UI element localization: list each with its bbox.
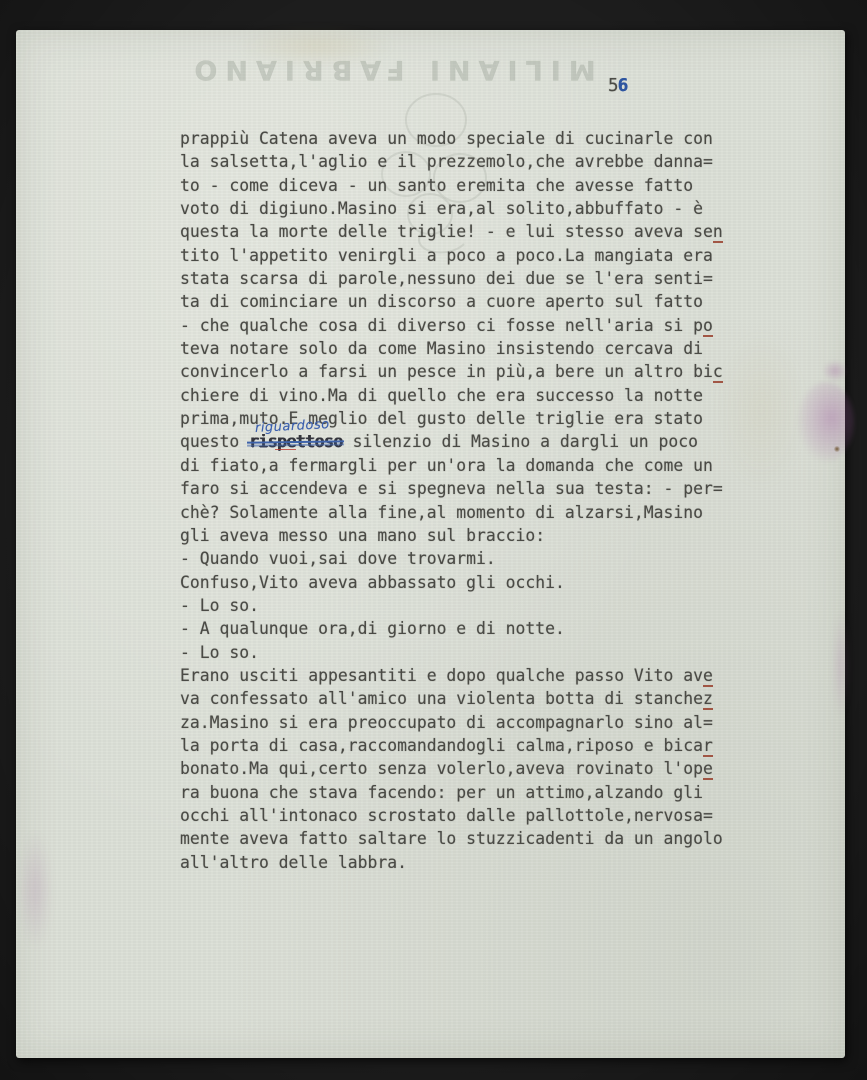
typed-text: bonato.Ma qui,certo senza volerlo,aveva … [180, 759, 703, 778]
typed-line: - che qualche cosa di diverso ci fosse n… [180, 314, 760, 337]
typed-line: questo rispettosoriguardoso silenzio di … [180, 430, 760, 453]
page-number-blue-correction: 6 [618, 76, 630, 96]
typed-text: all'altro delle labbra. [180, 853, 407, 872]
typed-text: la porta di casa,raccomandandogli calma,… [180, 736, 703, 755]
typed-line: teva notare solo da come Masino insisten… [180, 337, 760, 360]
typed-line: ta di cominciare un discorso a cuore ape… [180, 290, 760, 313]
typed-text: voto di digiuno.Masino si era,al solito,… [180, 199, 703, 218]
typed-line: tito l'appetito venirgli a poco a poco.L… [180, 244, 760, 267]
typed-line: va confessato all'amico una violenta bot… [180, 687, 760, 710]
typed-text: - A qualunque ora,di giorno e di notte. [180, 619, 565, 638]
typed-line: stata scarsa di parole,nessuno dei due s… [180, 267, 760, 290]
typed-text: - che qualche cosa di diverso ci fosse n… [180, 316, 703, 335]
typed-line: occhi all'intonaco scrostato dalle pallo… [180, 804, 760, 827]
typed-line: to - come diceva - un santo eremita che … [180, 174, 760, 197]
typed-text: e [703, 666, 713, 687]
typed-text: la salsetta,l'aglio e il prezzemolo,che … [180, 152, 713, 171]
typed-text: za.Masino si era preoccupato di accompag… [180, 713, 713, 732]
typed-line: prappiù Catena aveva un modo speciale di… [180, 127, 760, 150]
typed-line: all'altro delle labbra. [180, 851, 760, 874]
purple-ink-smudge-left [18, 830, 52, 950]
typed-line: - Quando vuoi,sai dove trovarmi. [180, 547, 760, 570]
typed-text: o [703, 316, 713, 337]
typed-text-block: prappiù Catena aveva un modo speciale di… [180, 127, 760, 874]
typed-text: ra buona che stava facendo: per un attim… [180, 783, 703, 802]
typed-text: Confuso,Vito aveva abbassato gli occhi. [180, 573, 565, 592]
scanned-page-photo: { "page": { "number_black": "5", "number… [0, 0, 867, 1080]
typed-line: mente aveva fatto saltare lo stuzzicaden… [180, 827, 760, 850]
purple-ink-stain-small [822, 360, 848, 382]
typed-text: di fiato,a fermargli per un'ora la doman… [180, 456, 713, 475]
typed-text: convincerlo a farsi un pesce in più,a be… [180, 362, 713, 381]
typed-text: questa la morte delle triglie! - e lui s… [180, 222, 713, 241]
typed-line: za.Masino si era preoccupato di accompag… [180, 711, 760, 734]
typewritten-page: MILIANI FABRIANO 56 prappiù Catena aveva… [16, 30, 845, 1058]
typed-line: di fiato,a fermargli per un'ora la doman… [180, 454, 760, 477]
typed-line: Erano usciti appesantiti e dopo qualche … [180, 664, 760, 687]
typed-text: n [713, 222, 723, 243]
handwritten-correction: riguardoso [255, 419, 330, 436]
typed-text: teva notare solo da come Masino insisten… [180, 339, 703, 358]
typed-text: e [703, 759, 713, 780]
purple-ink-smudge [832, 610, 850, 720]
typed-line: voto di digiuno.Masino si era,al solito,… [180, 197, 760, 220]
typed-text: Erano usciti appesantiti e dopo qualche … [180, 666, 703, 685]
typed-text: to - come diceva - un santo eremita che … [180, 176, 693, 195]
typed-text: ta di cominciare un discorso a cuore ape… [180, 292, 703, 311]
typed-text: va confessato all'amico una violenta bot… [180, 689, 703, 708]
typed-text: silenzio di Masino a dargli un poco [343, 432, 698, 451]
typed-text: - Lo so. [180, 643, 259, 662]
typed-text: gli aveva messo una mano sul braccio: [180, 526, 545, 545]
typed-line: - Lo so. [180, 594, 760, 617]
typed-text: stata scarsa di parole,nessuno dei due s… [180, 269, 713, 288]
brown-spot [834, 446, 840, 452]
typed-line: convincerlo a farsi un pesce in più,a be… [180, 360, 760, 383]
typed-line: - Lo so. [180, 641, 760, 664]
typed-text: c [713, 362, 723, 383]
typed-text: faro si accendeva e si spegneva nella su… [180, 479, 723, 498]
typed-line: chiere di vino.Ma di quello che era succ… [180, 384, 760, 407]
typed-text: occhi all'intonaco scrostato dalle pallo… [180, 806, 713, 825]
typed-line: la salsetta,l'aglio e il prezzemolo,che … [180, 150, 760, 173]
paper-maker-watermark: MILIANI FABRIANO [156, 54, 626, 85]
typed-text: mente aveva fatto saltare lo stuzzicaden… [180, 829, 723, 848]
typed-line: ra buona che stava facendo: per un attim… [180, 781, 760, 804]
typed-line: bonato.Ma qui,certo senza volerlo,aveva … [180, 757, 760, 780]
typed-text: - Quando vuoi,sai dove trovarmi. [180, 549, 496, 568]
typed-text: tito l'appetito venirgli a poco a poco.L… [180, 246, 713, 265]
typed-line: la porta di casa,raccomandandogli calma,… [180, 734, 760, 757]
typed-text: chè? Solamente alla fine,al momento di a… [180, 503, 703, 522]
typed-line: chè? Solamente alla fine,al momento di a… [180, 501, 760, 524]
page-number: 56 [608, 76, 629, 96]
typed-text: - Lo so. [180, 596, 259, 615]
typed-text: prappiù Catena aveva un modo speciale di… [180, 129, 713, 148]
struck-word: rispettosoriguardoso [249, 432, 343, 451]
typed-text: r [703, 736, 713, 757]
typed-text: z [703, 689, 713, 710]
typed-line: faro si accendeva e si spegneva nella su… [180, 477, 760, 500]
typed-text: questo [180, 432, 249, 451]
typed-text: chiere di vino.Ma di quello che era succ… [180, 386, 703, 405]
typed-line: questa la morte delle triglie! - e lui s… [180, 220, 760, 243]
purple-ink-stain [798, 382, 854, 462]
typed-line: gli aveva messo una mano sul braccio: [180, 524, 760, 547]
typed-line: - A qualunque ora,di giorno e di notte. [180, 617, 760, 640]
typed-line: Confuso,Vito aveva abbassato gli occhi. [180, 571, 760, 594]
